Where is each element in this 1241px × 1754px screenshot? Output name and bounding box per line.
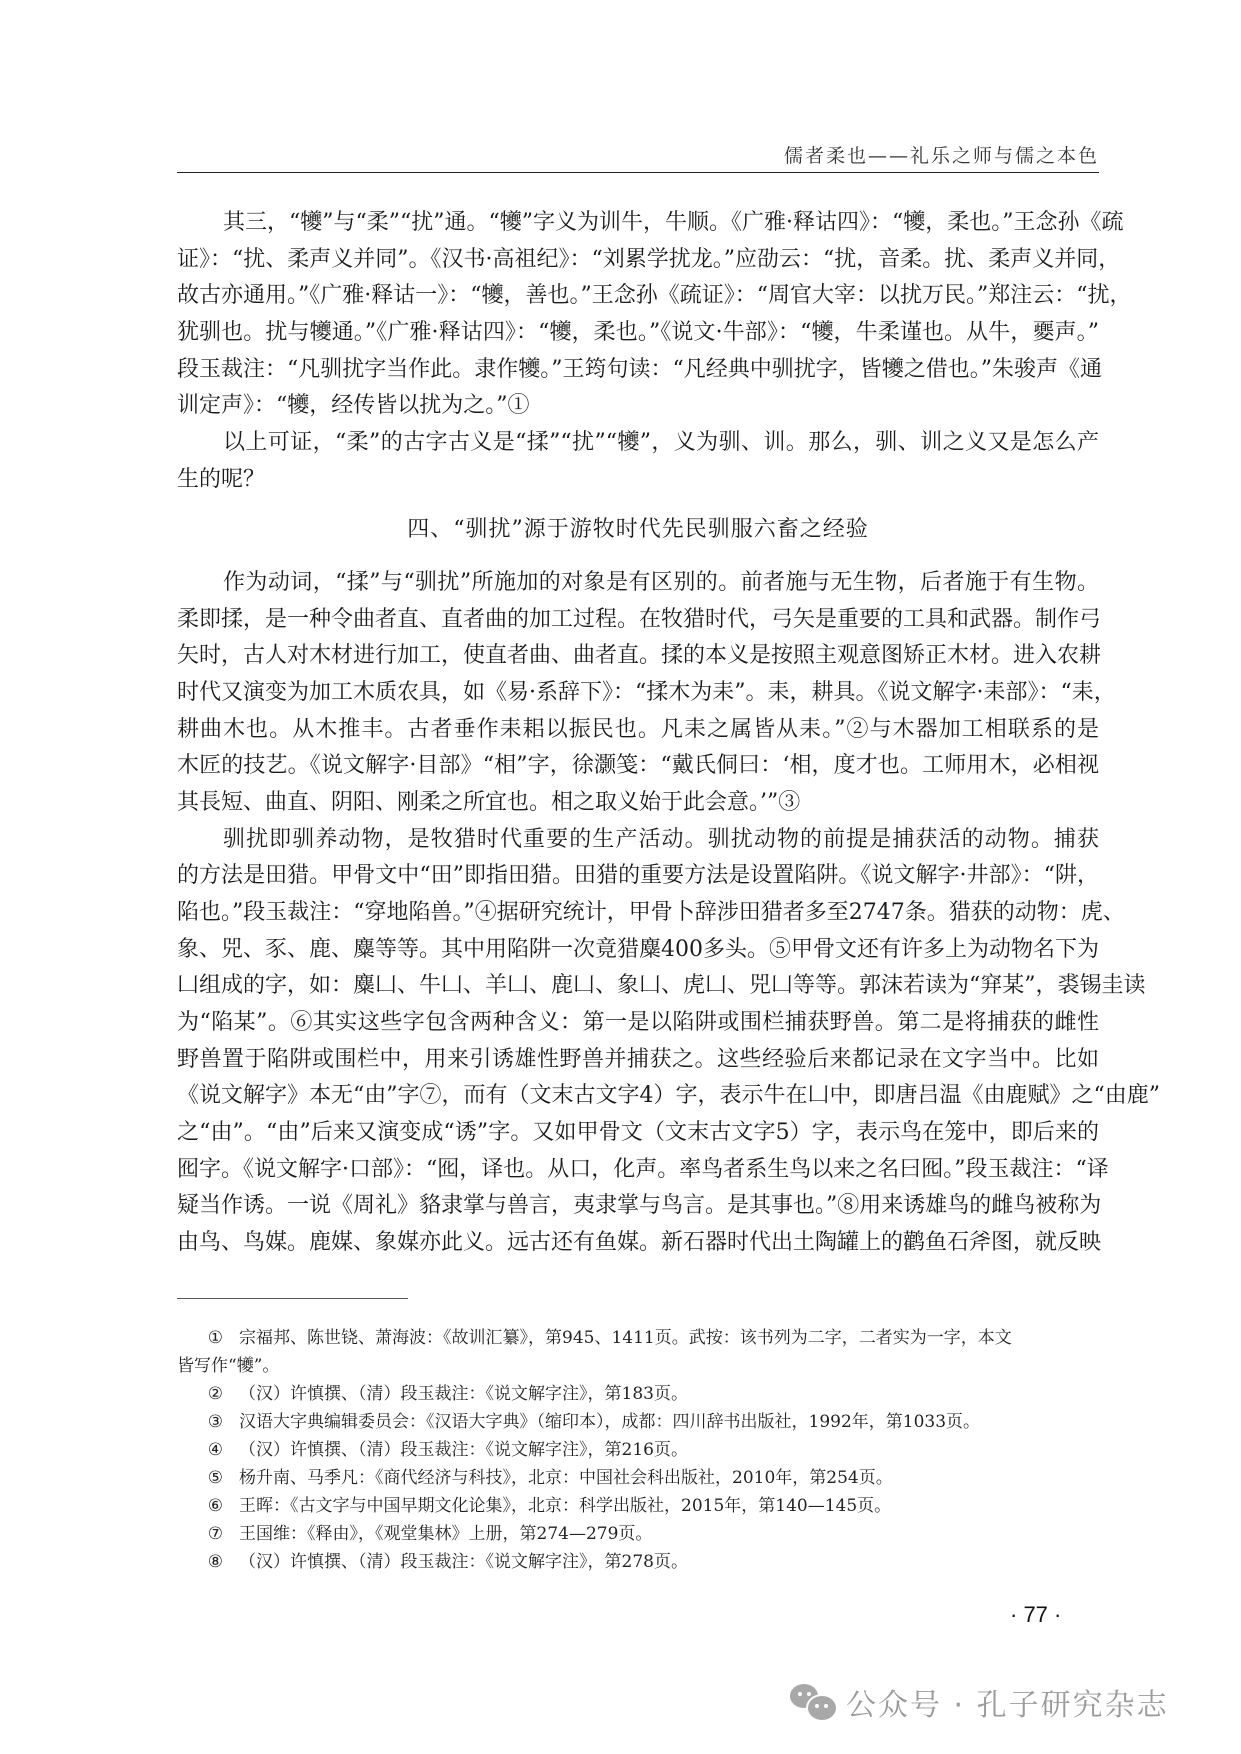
- text-line: 之“由”。“由”后来又演变成“诱”字。又如甲骨文（文末古文字5）字，表示鸟在笼中…: [177, 1115, 1099, 1151]
- footnote-text: 宗福邦、陈世铙、萧海波：《故训汇纂》，第945、1411页。武按：该书列为二字，…: [239, 1328, 1012, 1348]
- page-number: · 77 ·: [1010, 1602, 1061, 1628]
- text-line: 野兽置于陷阱或围栏中，用来引诱雄性野兽并捕获之。这些经验后来都记录在文字当中。比…: [177, 1042, 1099, 1078]
- footnote-8: ⑧（汉）许慎撰、（清）段玉裁注：《说文解字注》，第278页。: [177, 1549, 1099, 1575]
- text-line: 生的呢？: [177, 462, 1099, 498]
- footnote-number: ⑥: [177, 1493, 223, 1519]
- text-line: 木匠的技艺。《说文解字·目部》“相”字，徐灏笺：“戴氏侗曰：‘相，度才也。工师用…: [177, 748, 1099, 784]
- footnote-text: 汉语大字典编辑委员会：《汉语大字典》（缩印本），成都：四川辞书出版社，1992年…: [239, 1412, 980, 1432]
- footnote-number: ④: [177, 1437, 223, 1463]
- text-line: 《说文解字》本无“由”字⑦，而有（文末古文字4）字，表示牛在凵中，即唐吕温《由鹿…: [177, 1078, 1099, 1114]
- footnote-5: ⑤杨升南、马季凡：《商代经济与科技》，北京：中国社会科出版社，2010年，第25…: [177, 1465, 1099, 1491]
- text-line: 由鸟、鸟媒。鹿媒、象媒亦此义。远古还有鱼媒。新石器时代出土陶罐上的鹳鱼石斧图，就…: [177, 1225, 1099, 1261]
- watermark: 公众号 · 孔子研究杂志: [790, 1680, 1169, 1724]
- footnote-4: ④（汉）许慎撰、（清）段玉裁注：《说文解字注》，第216页。: [177, 1437, 1099, 1463]
- footnote-number: ⑧: [177, 1549, 223, 1575]
- footnote-text: （汉）许慎撰、（清）段玉裁注：《说文解字注》，第183页。: [239, 1384, 688, 1404]
- footnote-text: （汉）许慎撰、（清）段玉裁注：《说文解字注》，第216页。: [239, 1440, 688, 1460]
- text-line: 时代又演变为加工木质农具，如《易·系辞下》：“揉木为耒”。耒，耕具。《说文解字·…: [177, 675, 1099, 711]
- text-line: 的方法是田猎。甲骨文中“田”即指田猎。田猎的重要方法是设置陷阱。《说文解字·井部…: [177, 858, 1099, 894]
- text-line: 犹驯也。扰与犪通。”《广雅·释诂四》：“犪，柔也。”《说文·牛部》：“犪，牛柔谨…: [177, 315, 1099, 351]
- footnote-rule: [177, 1298, 408, 1299]
- text-line: 故古亦通用。”《广雅·释诂一》：“犪，善也。”王念孙《疏证》：“周官大宰：以扰万…: [177, 278, 1099, 314]
- footnote-number: ⑤: [177, 1465, 223, 1491]
- text-line: 矢时，古人对木材进行加工，使直者曲、曲者直。揉的本义是按照主观意图矫正木材。进入…: [177, 638, 1099, 674]
- text-line: 驯扰即驯养动物，是牧猎时代重要的生产活动。驯扰动物的前提是捕获活的动物。捕获: [177, 822, 1099, 858]
- text-line: 耕曲木也。从木推丰。古者垂作耒耜以振民也。凡耒之属皆从耒。”②与木器加工相联系的…: [177, 712, 1099, 748]
- text-line: 以上可证，“柔”的古字古义是“揉”“扰”“犪”，义为驯、训。那么，驯、训之义又是…: [177, 425, 1099, 461]
- footnote-6: ⑥王晖：《古文字与中国早期文化论集》，北京：科学出版社，2015年，第140—1…: [177, 1493, 1099, 1519]
- footnote-text: 杨升南、马季凡：《商代经济与科技》，北京：中国社会科出版社，2010年，第254…: [239, 1468, 893, 1488]
- footnote-3: ③汉语大字典编辑委员会：《汉语大字典》（缩印本），成都：四川辞书出版社，1992…: [177, 1409, 1099, 1435]
- wechat-icon: [790, 1682, 836, 1722]
- footnote-2: ②（汉）许慎撰、（清）段玉裁注：《说文解字注》，第183页。: [177, 1381, 1099, 1407]
- text-line: 训定声》：“犪，经传皆以扰为之。”①: [177, 388, 1099, 424]
- text-line: 疑当作诱。一说《周礼》貉隶掌与兽言，夷隶掌与鸟言。是其事也。”⑧用来诱雄鸟的雌鸟…: [177, 1188, 1099, 1224]
- section-heading: 四、“驯扰”源于游牧时代先民驯服六畜之经验: [177, 512, 1099, 548]
- text-line: 象、兕、豕、鹿、麋等等。其中用陷阱一次竟猎麋400多头。⑤甲骨文还有许多上为动物…: [177, 932, 1099, 968]
- footnote-1-continued: 皆写作“犪”。: [177, 1353, 1099, 1379]
- footnote-number: ③: [177, 1409, 223, 1435]
- text-line: 凵组成的字，如：麋凵、牛凵、羊凵、鹿凵、象凵、虎凵、兕凵等等。郭沫若读为“穽某”…: [177, 968, 1099, 1004]
- text-line: 柔即揉，是一种令曲者直、直者曲的加工过程。在牧猎时代，弓矢是重要的工具和武器。制…: [177, 602, 1099, 638]
- text-line: 证》：“扰、柔声义并同”。《汉书·高祖纪》：“刘累学扰龙。”应劭云：“扰，音柔。…: [177, 242, 1099, 278]
- text-line: 为“陷某”。⑥其实这些字包含两种含义：第一是以陷阱或围栏捕获野兽。第二是将捕获的…: [177, 1005, 1099, 1041]
- footnote-number: ①: [177, 1325, 223, 1351]
- footnote-text: 王国维：《释由》，《观堂集林》上册，第274—279页。: [239, 1524, 652, 1544]
- text-line: 囮字。《说文解字·口部》：“囮，译也。从口，化声。率鸟者系生鸟以来之名曰囮。”段…: [177, 1152, 1099, 1188]
- running-head: 儒者柔也——礼乐之师与儒之本色: [177, 142, 1099, 170]
- text-line: 作为动词，“揉”与“驯扰”所施加的对象是有区别的。前者施与无生物，后者施于有生物…: [177, 565, 1099, 601]
- footnote-number: ⑦: [177, 1521, 223, 1547]
- footnote-text: （汉）许慎撰、（清）段玉裁注：《说文解字注》，第278页。: [239, 1552, 688, 1572]
- footnote-7: ⑦王国维：《释由》，《观堂集林》上册，第274—279页。: [177, 1521, 1099, 1547]
- text-line: 其長短、曲直、阴阳、刚柔之所宜也。相之取义始于此会意。’”③: [177, 785, 1099, 821]
- text-line: 段玉裁注：“凡驯扰字当作此。隶作犪。”王筠句读：“凡经典中驯扰字，皆犪之借也。”…: [177, 352, 1099, 388]
- header-rule: [177, 172, 1099, 173]
- footnote-number: ②: [177, 1381, 223, 1407]
- text-line: 其三，“犪”与“柔”“扰”通。“犪”字义为训牛，牛顺。《广雅·释诂四》：“犪，柔…: [177, 205, 1099, 241]
- watermark-text: 公众号 · 孔子研究杂志: [846, 1680, 1169, 1724]
- footnote-1: ①宗福邦、陈世铙、萧海波：《故训汇纂》，第945、1411页。武按：该书列为二字…: [177, 1325, 1099, 1351]
- footnote-text: 王晖：《古文字与中国早期文化论集》，北京：科学出版社，2015年，第140—14…: [239, 1496, 891, 1516]
- text-line: 陷也。”段玉裁注：“穿地陷兽。”④据研究统计，甲骨卜辞涉田猎者多至2747条。猎…: [177, 895, 1099, 931]
